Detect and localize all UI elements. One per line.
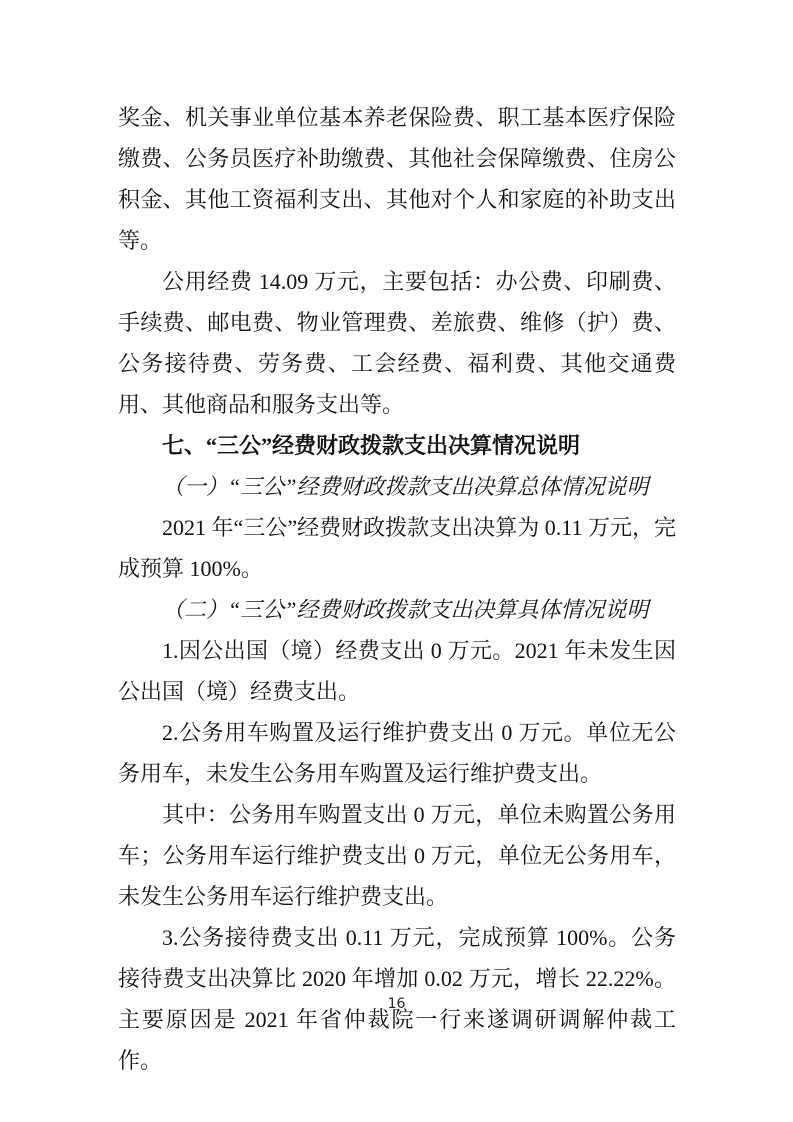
page-number: 16 — [0, 996, 793, 1012]
subsection-heading: （二）“三公”经费财政拨款支出决算具体情况说明 — [118, 589, 676, 630]
document-page: 奖金、机关事业单位基本养老保险费、职工基本医疗保险缴费、公务员医疗补助缴费、其他… — [0, 0, 793, 1122]
page-content: 奖金、机关事业单位基本养老保险费、职工基本医疗保险缴费、公务员医疗补助缴费、其他… — [118, 97, 676, 1081]
paragraph: 其中：公务用车购置支出 0 万元，单位未购置公务用车；公务用车运行维护费支出 0… — [118, 794, 676, 917]
subsection-heading: （一）“三公”经费财政拨款支出决算总体情况说明 — [118, 466, 676, 507]
paragraph: 奖金、机关事业单位基本养老保险费、职工基本医疗保险缴费、公务员医疗补助缴费、其他… — [118, 97, 676, 261]
paragraph: 2.公务用车购置及运行维护费支出 0 万元。单位无公务用车，未发生公务用车购置及… — [118, 712, 676, 794]
paragraph: 2021 年“三公”经费财政拨款支出决算为 0.11 万元，完成预算 100%。 — [118, 507, 676, 589]
paragraph: 1.因公出国（境）经费支出 0 万元。2021 年未发生因公出国（境）经费支出。 — [118, 630, 676, 712]
paragraph: 公用经费 14.09 万元，主要包括：办公费、印刷费、手续费、邮电费、物业管理费… — [118, 261, 676, 425]
section-heading: 七、“三公”经费财政拨款支出决算情况说明 — [118, 425, 676, 466]
